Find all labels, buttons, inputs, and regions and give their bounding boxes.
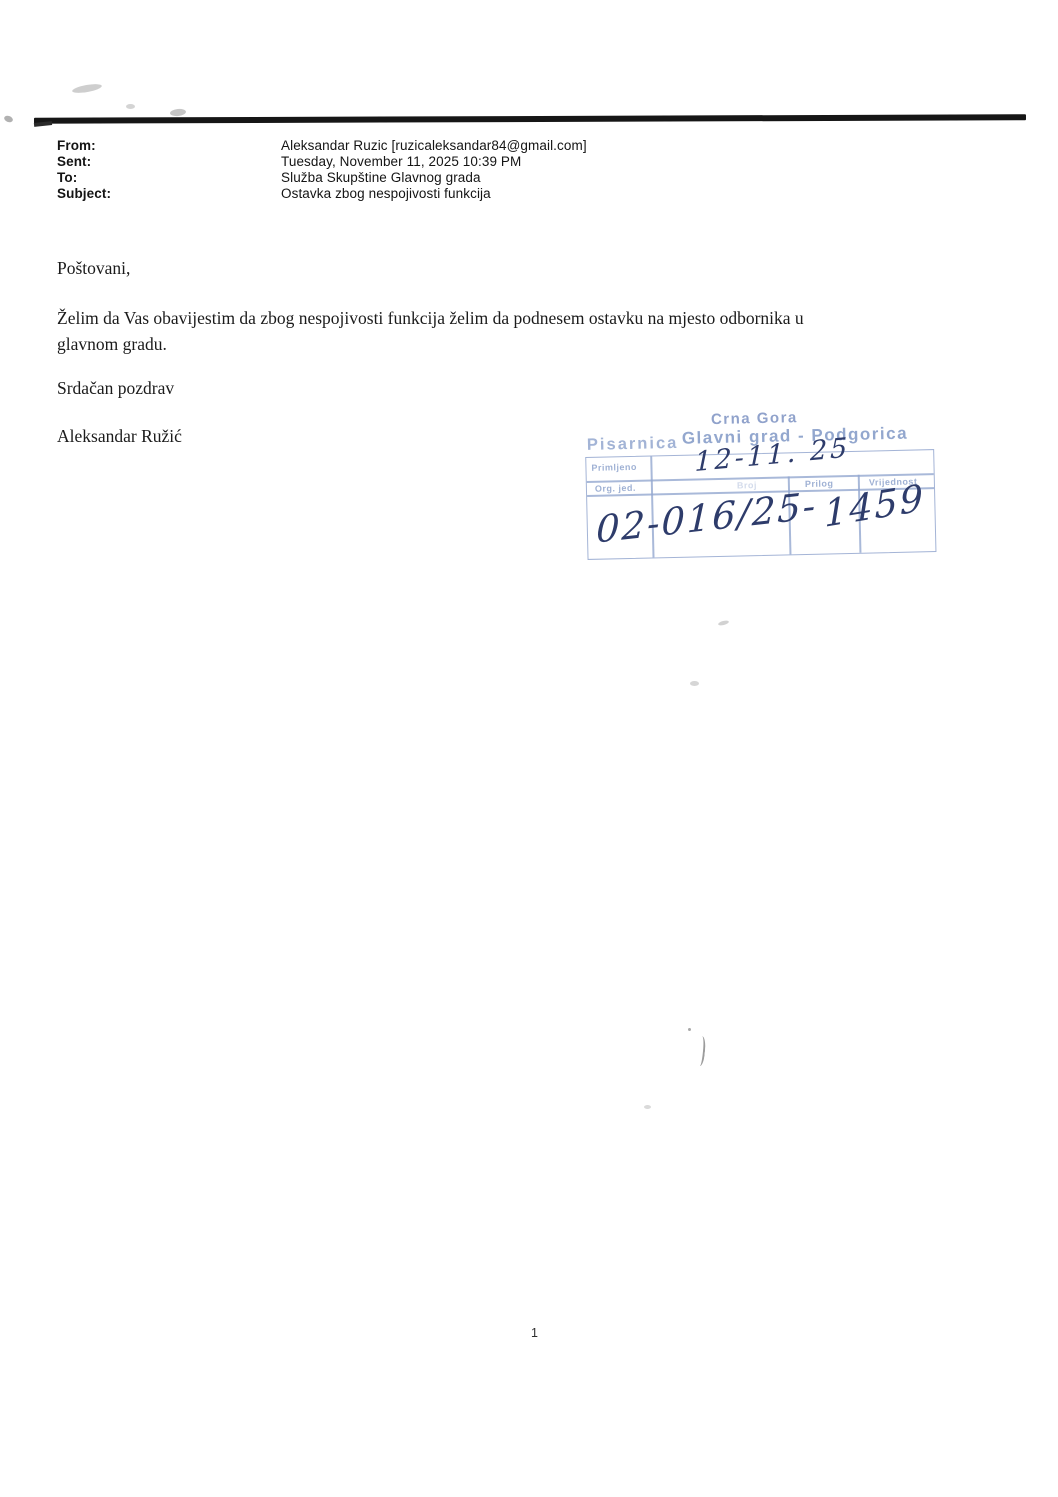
body-paragraph: Želim da Vas obavijestim da zbog nespoji…: [57, 305, 997, 357]
to-value: Služba Skupštine Glavnog grada: [281, 170, 481, 186]
closing-text: Srdačan pozdrav: [57, 378, 174, 399]
page-number: 1: [531, 1326, 538, 1340]
scan-smudge: [3, 115, 14, 124]
subject-value: Ostavka zbog nespojivosti funkcija: [281, 186, 491, 202]
registry-stamp: Crna Gora Pisarnica Glavni grad - Podgor…: [581, 403, 941, 576]
scan-smudge: [170, 108, 187, 117]
from-value: Aleksandar Ruzic [ruzicaleksandar84@gmai…: [281, 138, 587, 154]
from-label: From:: [57, 138, 281, 154]
scan-squiggle-mark: [694, 1036, 706, 1067]
email-header: From: Aleksandar Ruzic [ruzicaleksandar8…: [57, 138, 587, 202]
sent-label: Sent:: [57, 154, 281, 170]
scan-speck: [718, 620, 730, 627]
to-label: To:: [57, 170, 281, 186]
scan-speck: [644, 1105, 651, 1109]
email-header-row-to: To: Služba Skupštine Glavnog grada: [57, 170, 587, 186]
salutation-text: Poštovani,: [57, 258, 130, 279]
body-paragraph-line2: glavnom gradu.: [57, 334, 167, 354]
email-header-row-subject: Subject: Ostavka zbog nespojivosti funkc…: [57, 186, 587, 202]
sent-value: Tuesday, November 11, 2025 10:39 PM: [281, 154, 521, 170]
stamp-field-org-unit: Org. jed.: [595, 483, 636, 494]
stamp-field-number: Broj: [737, 480, 757, 490]
body-paragraph-line1: Želim da Vas obavijestim da zbog nespoji…: [57, 308, 804, 328]
scan-smudge: [72, 82, 103, 94]
email-header-row-sent: Sent: Tuesday, November 11, 2025 10:39 P…: [57, 154, 587, 170]
scan-speck: [688, 1028, 691, 1031]
email-header-row-from: From: Aleksandar Ruzic [ruzicaleksandar8…: [57, 138, 587, 154]
stamp-field-received: Primljeno: [591, 462, 637, 473]
header-divider-artifact: [34, 121, 52, 127]
subject-label: Subject:: [57, 186, 281, 202]
signature-name: Aleksandar Ružić: [57, 426, 182, 447]
header-divider-rule: [34, 114, 1026, 123]
scan-smudge: [126, 104, 135, 109]
stamp-office-text: Pisarnica: [587, 434, 679, 455]
scanned-document-page: From: Aleksandar Ruzic [ruzicaleksandar8…: [0, 0, 1058, 1497]
scan-speck: [690, 681, 699, 686]
